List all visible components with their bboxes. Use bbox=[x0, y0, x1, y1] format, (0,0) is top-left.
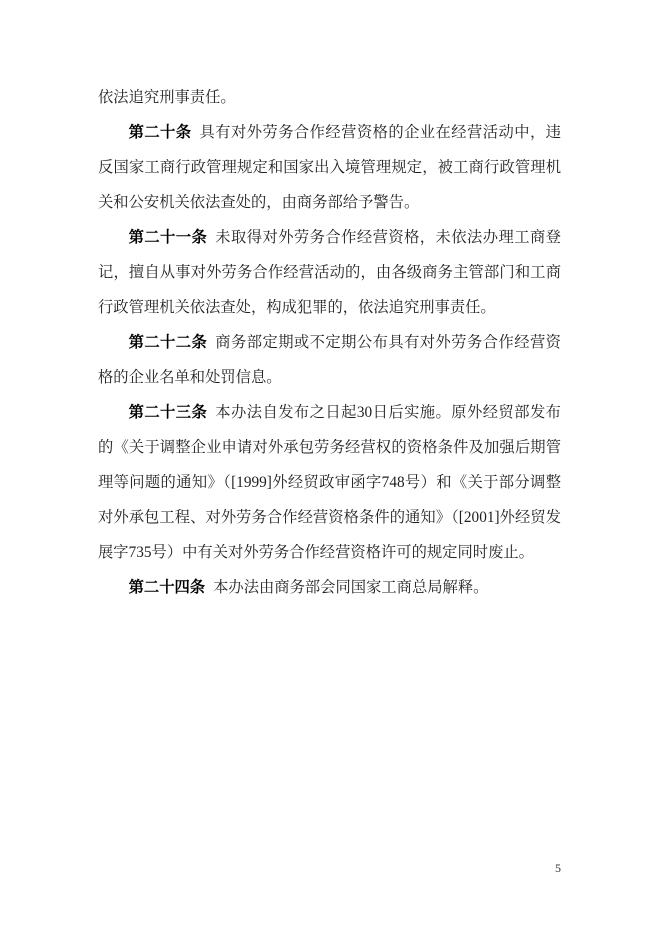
paragraph-article-23: 第二十三条本办法自发布之日起30日后实施。原外经贸部发布的《关于调整企业申请对外… bbox=[98, 395, 561, 570]
article-number-label: 第二十二条 bbox=[129, 334, 208, 351]
article-number-label: 第二十条 bbox=[129, 124, 192, 141]
page-number: 5 bbox=[98, 861, 561, 876]
paragraph-article-20: 第二十条具有对外劳务合作经营资格的企业在经营活动中，违反国家工商行政管理规定和国… bbox=[98, 115, 561, 220]
article-number-label: 第二十四条 bbox=[129, 579, 206, 596]
paragraph-article-22: 第二十二条商务部定期或不定期公布具有对外劳务合作经营资格的企业名单和处罚信息。 bbox=[98, 325, 561, 395]
paragraph-article-24: 第二十四条本办法由商务部会同国家工商总局解释。 bbox=[98, 570, 561, 605]
document-body: 依法追究刑事责任。 第二十条具有对外劳务合作经营资格的企业在经营活动中，违反国家… bbox=[98, 80, 561, 605]
paragraph-continuation: 依法追究刑事责任。 bbox=[98, 80, 561, 115]
document-page: 依法追究刑事责任。 第二十条具有对外劳务合作经营资格的企业在经营活动中，违反国家… bbox=[0, 0, 661, 935]
paragraph-article-21: 第二十一条未取得对外劳务合作经营资格，未依法办理工商登记，擅自从事对外劳务合作经… bbox=[98, 220, 561, 325]
article-number-label: 第二十一条 bbox=[129, 229, 208, 246]
paragraph-text: 依法追究刑事责任。 bbox=[98, 89, 236, 106]
paragraph-text: 本办法由商务部会同国家工商总局解释。 bbox=[213, 579, 488, 596]
article-number-label: 第二十三条 bbox=[129, 404, 208, 421]
paragraph-text: 本办法自发布之日起30日后实施。原外经贸部发布的《关于调整企业申请对外承包劳务经… bbox=[98, 404, 561, 561]
